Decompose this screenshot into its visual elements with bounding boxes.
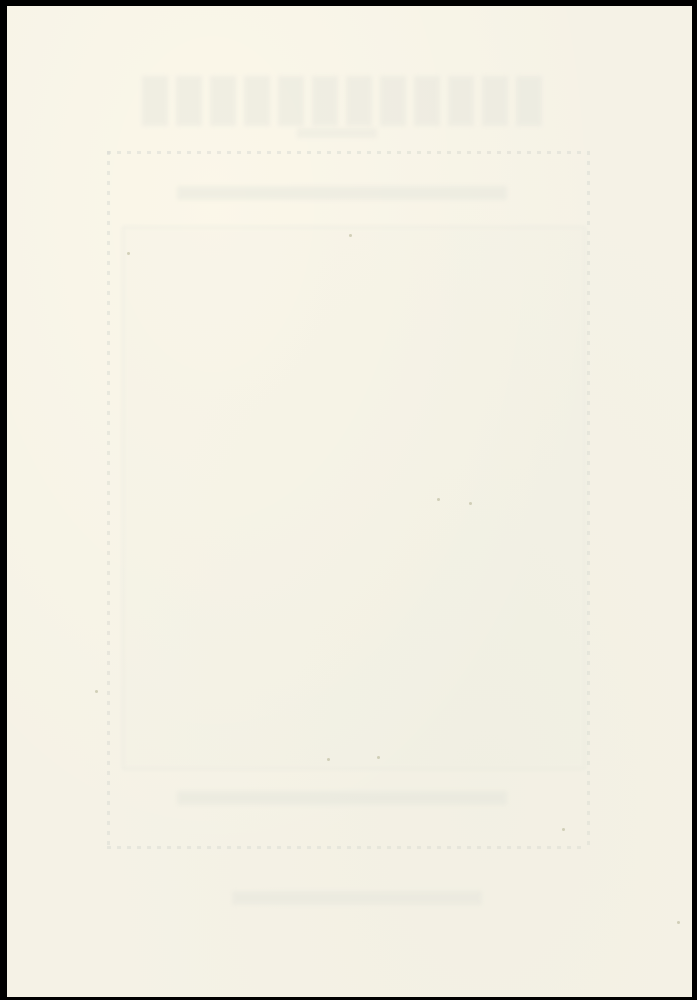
paper-speck	[437, 498, 440, 501]
show-through-footer-text	[232, 891, 482, 905]
paper-speck	[327, 758, 330, 761]
souvenir-sheet-reverse	[7, 6, 692, 997]
show-through-perforation-bottom	[107, 846, 587, 849]
paper-speck	[677, 921, 680, 924]
show-through-perforation-right	[587, 151, 590, 846]
show-through-perforation-left	[107, 151, 110, 846]
paper-speck	[562, 828, 565, 831]
show-through-subtitle	[297, 128, 377, 138]
paper-speck	[377, 756, 380, 759]
show-through-stamp-image	[122, 226, 586, 770]
paper-speck	[349, 234, 352, 237]
show-through-perforation-top	[107, 151, 587, 154]
show-through-stamp-inscription-top	[177, 186, 507, 200]
show-through-title	[142, 76, 542, 126]
paper-speck	[127, 252, 130, 255]
show-through-stamp-inscription-bottom	[177, 791, 507, 805]
paper-speck	[95, 690, 98, 693]
paper-speck	[469, 502, 472, 505]
